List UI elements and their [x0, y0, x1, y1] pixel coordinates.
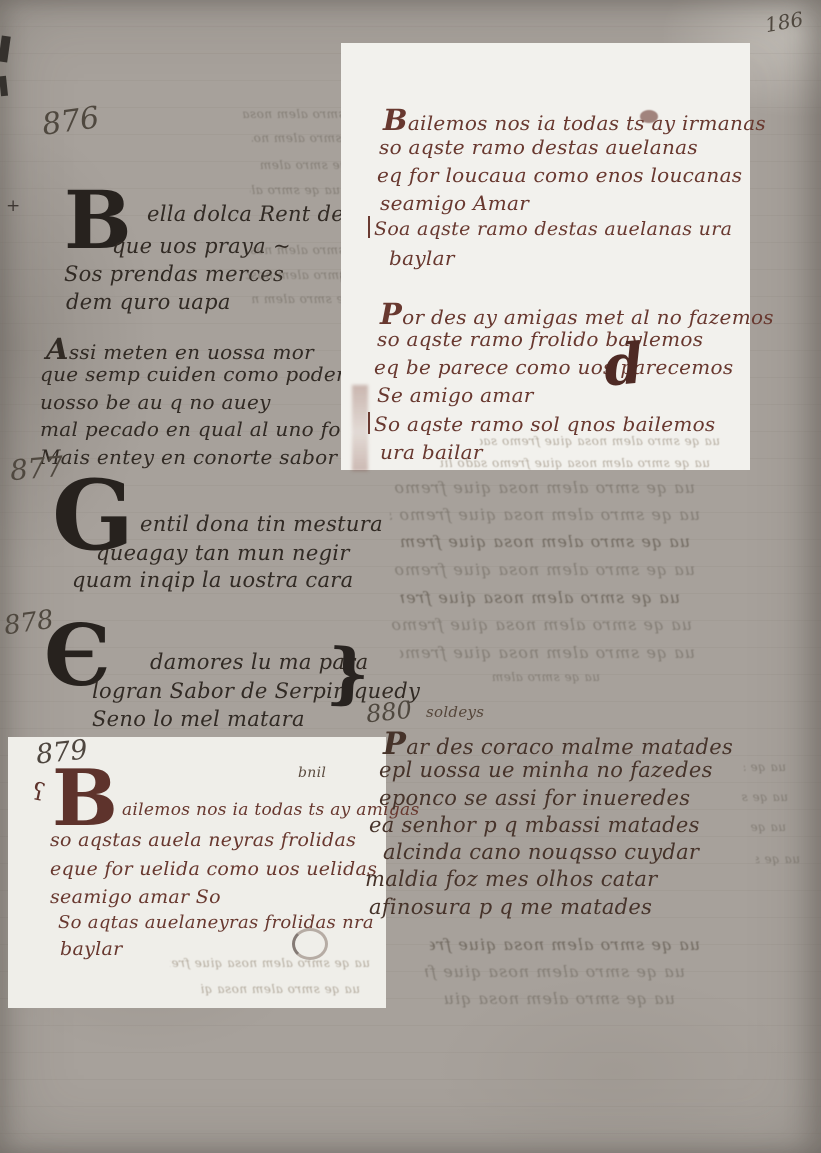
- bleedthrough-line: ua qe smro alem nosa qiue fremo sado liu…: [750, 820, 786, 834]
- verse-line: uosso be au q no auey: [40, 390, 271, 414]
- poem-number-876: 876: [40, 100, 102, 143]
- bleedthrough-line: ua qe smro alem nosa qiue fremo sado liu…: [425, 962, 685, 981]
- verse-line: eq be parece como uos parecemos: [374, 355, 733, 379]
- line-start-stroke: [368, 412, 370, 434]
- verse-line: Por des ay amigas met al no fazemos: [380, 297, 774, 331]
- margin-note-880: soldeys: [426, 703, 484, 721]
- verse-line: alcinda cano nouqsso cuydar: [383, 840, 699, 864]
- verse-line: eponco se assi for inueredes: [379, 786, 690, 810]
- verse-line: Soa aqste ramo destas auelanas ura: [374, 218, 732, 240]
- poem-number-880: 880: [365, 696, 413, 729]
- bleedthrough-line: ua qe smro alem nosa qiue fremo sado liu…: [395, 478, 695, 497]
- verse-line: afinosura p q me matades: [369, 895, 652, 919]
- verse-line: mal pecado en qual al uno for: [40, 417, 351, 441]
- bleedthrough-line: ua qe smro alem nosa qiue fremo sado liu…: [400, 588, 680, 607]
- line-start-stroke: [368, 216, 370, 238]
- red-ink-smear: [352, 385, 368, 471]
- bleedthrough-line: ua qe smro alem nosa qiue fremo sado liu…: [390, 505, 700, 524]
- verse-line: epl uossa ue minha no fazedes: [379, 758, 713, 782]
- bleedthrough-line: ua qe smro alem nosa qiue fremo sado liu…: [392, 615, 692, 634]
- verse-line: seamigo amar So: [50, 886, 221, 908]
- bleedthrough-line: ua qe smro alem nosa qiue fremo sado liu…: [744, 760, 786, 774]
- bleedthrough-line: ua qe smro alem nosa qiue fremo sado liu…: [170, 956, 370, 970]
- verse-line: ea senhor p q mbassi matades: [369, 813, 700, 837]
- verse-line: entil dona tin mestura: [140, 512, 383, 536]
- verse-line: Bailemos nos ia todas ts ay irmanas: [383, 103, 766, 137]
- bleedthrough-line: ua qe smro alem nosa qiue fremo sado liu…: [756, 852, 800, 866]
- verse-line: So aqtas auelaneyras frolidas nra: [58, 912, 374, 933]
- folio-number: 186: [763, 7, 805, 37]
- margin-note-879: bnil: [298, 765, 326, 781]
- verse-line: Par des coraco malme matades: [383, 726, 733, 762]
- verse-line: so aqste ramo frolido baylemos: [377, 327, 703, 351]
- bleedthrough-line: ua qe smro alem nosa qiue fremo sado liu…: [400, 532, 690, 551]
- verse-line: maldia foz mes olhos catar: [365, 867, 658, 891]
- bleedthrough-line: ua qe smro alem nosa qiue fremo sado liu…: [742, 790, 788, 804]
- verse-line: quam inqip la uostra cara: [72, 568, 353, 592]
- margin-cross-mark: +: [6, 196, 20, 216]
- verse-line: so aqstas auela neyras frolidas: [50, 829, 356, 851]
- verse-line: que semp cuiden como poderey: [40, 362, 370, 386]
- verse-line: Seno lo mel matara: [92, 707, 305, 731]
- verse-line: seamigo Amar: [380, 191, 529, 215]
- verse-line: so aqste ramo destas auelanas: [379, 135, 698, 159]
- page-edge-mark: [0, 36, 11, 63]
- bleedthrough-line: ua qe smro alem nosa qiue fremo sado liu…: [490, 670, 600, 684]
- bleedthrough-line: ua qe smro alem nosa qiue fremo sado liu…: [395, 560, 695, 579]
- bleedthrough-line: ua qe smro alem nosa qiue fremo sado liu…: [250, 183, 340, 197]
- verse-line: Se amigo amar: [377, 383, 534, 407]
- bleedthrough-line: ua qe smro alem nosa qiue fremo sado liu…: [480, 434, 720, 448]
- bleedthrough-line: ua qe smro alem nosa qiue fremo sado liu…: [440, 456, 710, 470]
- ink-blot: [640, 110, 658, 123]
- page-edge-mark: [0, 76, 8, 97]
- verse-line: dem quro uapa: [66, 290, 231, 314]
- pen-flourish-mark: d: [601, 330, 646, 399]
- bleedthrough-line: ua qe smro alem nosa qiue fremo sado liu…: [200, 982, 360, 996]
- verse-line: So aqste ramo sol qnos bailemos: [374, 412, 716, 436]
- verse-line: eq for loucaua como enos loucanas: [377, 163, 742, 187]
- verse-line: baylar: [60, 938, 123, 960]
- bleedthrough-line: ua qe smro alem nosa qiue fremo sado liu…: [430, 935, 700, 954]
- verse-line: baylar: [389, 246, 455, 270]
- verse-line: queagay tan mun negir: [96, 541, 350, 565]
- bleedthrough-line: ua qe smro alem nosa qiue fremo sado liu…: [400, 643, 695, 662]
- manuscript-page: 186 ua qe smro alem nosa qiue fremo sado…: [0, 0, 821, 1153]
- initial-b-879: B: [52, 768, 118, 830]
- verse-line: eque for uelida como uos uelidas: [50, 858, 377, 880]
- bleedthrough-line: ua qe smro alem nosa qiue fremo sado liu…: [445, 989, 675, 1008]
- verse-line: Assi meten en uossa mor: [46, 332, 314, 366]
